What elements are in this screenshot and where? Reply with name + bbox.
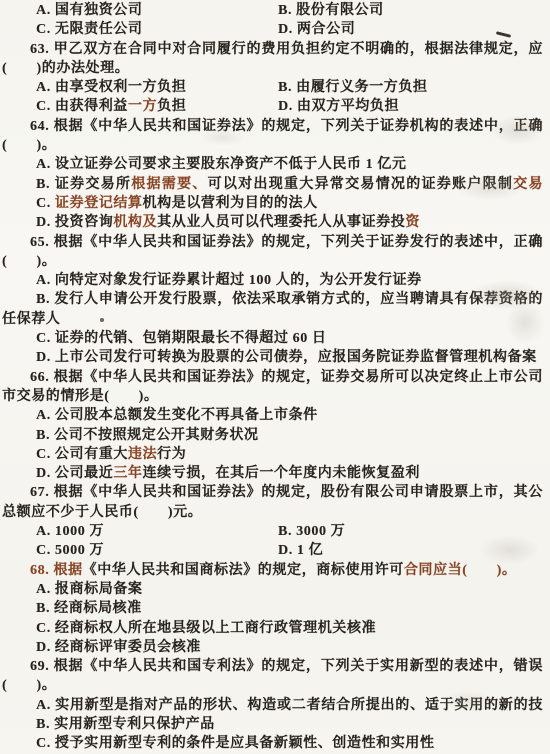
text-segment: 三年	[113, 466, 142, 481]
text-segment: C. 经商标权人所在地县级以上工商行政管理机关核准	[36, 621, 376, 636]
option-line: C. 经商标权人所在地县级以上工商行政管理机关核准	[0, 619, 550, 638]
text-segment: B. 证券交易所	[36, 177, 131, 192]
option-left: A. 国有独资公司	[36, 3, 143, 18]
option-line: A. 设立证券公司要求主要股东净资产不低于人民币 1 亿元	[0, 155, 550, 174]
option-line: B. 证券交易所根据需要、可以对出现重大异常交易情况的证券账户限制交易	[0, 175, 550, 194]
text-segment: 67. 根据《中华人民共和国证券法》的规定，股份有限公司申请股票上市，其公司股本	[30, 485, 543, 502]
text-segment: A. 国有独资公司	[36, 3, 143, 18]
continuation-line: ( )。	[0, 136, 550, 155]
text-segment: ( )。	[2, 138, 56, 153]
option-pair-row: A. 1000 万B. 3000 万	[0, 522, 550, 541]
option-line: A. 实用新型是指对产品的形状、构造或二者结合所提出的、适于实用的新的技术方案	[0, 696, 550, 715]
text-segment: 65. 根据《中华人民共和国证券法》的规定，下列关于证券发行的表述中，正确的是	[30, 235, 543, 252]
text-segment: C.	[36, 196, 55, 211]
text-segment: B. 经商标局核准	[36, 601, 142, 616]
continuation-line: 任保荐人	[0, 310, 550, 329]
text-segment: 交易	[513, 177, 543, 192]
question-line: 69. 根据《中华人民共和国专利法》的规定，下列关于实用新型的表述中，错误的是	[0, 657, 550, 676]
text-segment: 根据需要、	[131, 177, 207, 192]
text-segment: 资	[405, 215, 420, 230]
text-segment: B. 发行人申请公开发行股票，依法采取承销方式的，应当聘请具有保荐资格的机构担	[36, 292, 543, 309]
text-segment: 违法	[128, 447, 157, 462]
option-line: C. 公司有重大违法行为	[0, 445, 550, 464]
text-segment: B. 实用新型专利只保护产品	[36, 717, 215, 732]
text-segment: D. 两合公司	[278, 22, 355, 37]
option-line: B. 经商标局核准	[0, 599, 550, 618]
text-segment: ( )的办法处理。	[2, 61, 129, 76]
option-left: A. 1000 万	[36, 524, 104, 539]
text-segment: 一方	[128, 99, 157, 114]
option-line: C. 证券登记结算机构是以营利为目的的法人	[0, 194, 550, 213]
text-segment: D. 上市公司发行可转换为股票的公司债券，应报国务院证券监督管理机构备案	[36, 350, 537, 365]
option-line: C. 授予实用新型专利的条件是应具备新颖性、创造性和实用性	[0, 734, 550, 753]
continuation-line: ( )。	[0, 676, 550, 695]
continuation-line: ( )的办法处理。	[0, 59, 550, 78]
text-segment: D. 由双方平均负担	[278, 99, 399, 114]
option-right: B. 3000 万	[278, 522, 345, 541]
continuation-line: 总额应不少于人民币( )元。	[0, 503, 550, 522]
text-segment: A. 实用新型是指对产品的形状、构造或二者结合所提出的、适于实用的新的技术方案	[36, 698, 543, 715]
text-segment: D. 经商标评审委员会核准	[36, 640, 201, 655]
text-segment: 机构及	[113, 215, 157, 230]
question-line: 67. 根据《中华人民共和国证券法》的规定，股份有限公司申请股票上市，其公司股本	[0, 483, 550, 502]
question-line: 66. 根据《中华人民共和国证券法》的规定，证券交易所可以决定终止上市公司股票上	[0, 368, 550, 387]
option-pair-row: C. 5000 万D. 1 亿	[0, 541, 550, 560]
text-segment: 68. 根据	[30, 563, 83, 578]
text-segment: ( )。	[2, 678, 56, 693]
option-pair-row: A. 国有独资公司B. 股份有限公司	[0, 1, 550, 20]
option-line: D. 投资咨询机构及其从业人员可以代理委托人从事证券投资	[0, 213, 550, 232]
option-right: D. 1 亿	[278, 541, 323, 560]
text-segment: 合同应当( )。	[404, 563, 517, 578]
text-segment: B. 3000 万	[278, 524, 345, 539]
text-segment: D. 投资咨询	[36, 215, 113, 230]
text-segment: 可以对出现重大异常交易情况的证券账户限制	[208, 177, 514, 192]
text-segment: 64. 根据《中华人民共和国证券法》的规定，下列关于证券机构的表述中，正确的是	[30, 119, 543, 136]
option-pair-row: A. 由享受权利一方负担B. 由履行义务一方负担	[0, 78, 550, 97]
option-left: C. 5000 万	[36, 543, 104, 558]
question-line: 63. 甲乙双方在合同中对合同履行的费用负担约定不明确的，根据法律规定，应按	[0, 40, 550, 59]
text-segment: C. 证券的代销、包销期限最长不得超过 60 日	[36, 331, 327, 346]
text-segment: A. 公司股本总额发生变化不再具备上市条件	[36, 408, 318, 423]
text-segment: C. 由获得利益	[36, 99, 128, 114]
option-right: D. 两合公司	[278, 20, 355, 39]
text-segment: A. 1000 万	[36, 524, 104, 539]
option-line: D. 经商标评审委员会核准	[0, 638, 550, 657]
option-left: A. 由享受权利一方负担	[36, 80, 186, 95]
text-segment: ( )。	[2, 254, 56, 269]
option-line: D. 上市公司发行可转换为股票的公司债券，应报国务院证券监督管理机构备案	[0, 348, 550, 367]
option-line: A. 报商标局备案	[0, 580, 550, 599]
option-pair-row: C. 无限责任公司D. 两合公司	[0, 20, 550, 39]
text-segment: B. 股份有限公司	[278, 3, 384, 18]
text-segment: 负担	[157, 99, 186, 114]
scanned-exam-page: A. 国有独资公司B. 股份有限公司C. 无限责任公司D. 两合公司63. 甲乙…	[0, 0, 550, 754]
option-right: D. 由双方平均负担	[278, 97, 399, 116]
text-segment: 连续亏损，在其后一个年度内未能恢复盈利	[143, 466, 420, 481]
option-left: C. 由获得利益一方负担	[36, 99, 186, 114]
question-line: 68. 根据《中华人民共和国商标法》的规定，商标使用许可合同应当( )。	[0, 561, 550, 580]
text-segment: C. 授予实用新型专利的条件是应具备新颖性、创造性和实用性	[36, 736, 435, 751]
option-right: B. 由履行义务一方负担	[278, 78, 428, 97]
text-segment: B. 由履行义务一方负担	[278, 80, 428, 95]
text-segment: 其从业人员可以代理委托人从事证券投	[157, 215, 405, 230]
text-segment: C. 无限责任公司	[36, 22, 143, 37]
text-segment: 69. 根据《中华人民共和国专利法》的规定，下列关于实用新型的表述中，错误的是	[30, 659, 543, 676]
text-segment: A. 向特定对象发行证券累计超过 100 人的，为公开发行证券	[36, 273, 422, 288]
option-left: C. 无限责任公司	[36, 22, 143, 37]
option-line: B. 实用新型专利只保护产品	[0, 715, 550, 734]
text-segment: 63. 甲乙双方在合同中对合同履行的费用负担约定不明确的，根据法律规定，应按	[30, 42, 543, 59]
ink-dot-mark	[100, 318, 104, 322]
continuation-line: 市交易的情形是( )。	[0, 387, 550, 406]
text-segment: 机构是以营利为目的的法人	[143, 196, 318, 211]
text-segment: A. 由享受权利一方负担	[36, 80, 186, 95]
text-segment: 行为	[157, 447, 186, 462]
option-right: B. 股份有限公司	[278, 1, 384, 20]
text-segment: 证券登记结算	[55, 196, 143, 211]
option-line: A. 公司股本总额发生变化不再具备上市条件	[0, 406, 550, 425]
option-line: B. 发行人申请公开发行股票，依法采取承销方式的，应当聘请具有保荐资格的机构担	[0, 290, 550, 309]
option-line: A. 向特定对象发行证券累计超过 100 人的，为公开发行证券	[0, 271, 550, 290]
text-segment: C. 公司有重大	[36, 447, 128, 462]
question-line: 64. 根据《中华人民共和国证券法》的规定，下列关于证券机构的表述中，正确的是	[0, 117, 550, 136]
text-segment: D. 1 亿	[278, 543, 323, 558]
option-line: C. 证券的代销、包销期限最长不得超过 60 日	[0, 329, 550, 348]
text-segment: 《中华人民共和国商标法》的规定，商标使用许可	[83, 563, 404, 578]
option-line: D. 公司最近三年连续亏损，在其后一个年度内未能恢复盈利	[0, 464, 550, 483]
text-segment: B. 公司不按照规定公开其财务状况	[36, 428, 259, 443]
question-line: 65. 根据《中华人民共和国证券法》的规定，下列关于证券发行的表述中，正确的是	[0, 233, 550, 252]
text-segment: 市交易的情形是( )。	[2, 389, 159, 404]
continuation-line: ( )。	[0, 252, 550, 271]
text-segment: C. 5000 万	[36, 543, 104, 558]
text-segment: 总额应不少于人民币( )元。	[2, 505, 202, 520]
text-segment: A. 报商标局备案	[36, 582, 143, 597]
text-segment: D. 公司最近	[36, 466, 113, 481]
question-text-block: A. 国有独资公司B. 股份有限公司C. 无限责任公司D. 两合公司63. 甲乙…	[0, 0, 550, 754]
option-pair-row: C. 由获得利益一方负担D. 由双方平均负担	[0, 97, 550, 116]
text-segment: A. 设立证券公司要求主要股东净资产不低于人民币 1 亿元	[36, 157, 407, 172]
text-segment: 任保荐人	[2, 312, 60, 327]
option-line: B. 公司不按照规定公开其财务状况	[0, 426, 550, 445]
text-segment: 66. 根据《中华人民共和国证券法》的规定，证券交易所可以决定终止上市公司股票上	[30, 370, 543, 387]
